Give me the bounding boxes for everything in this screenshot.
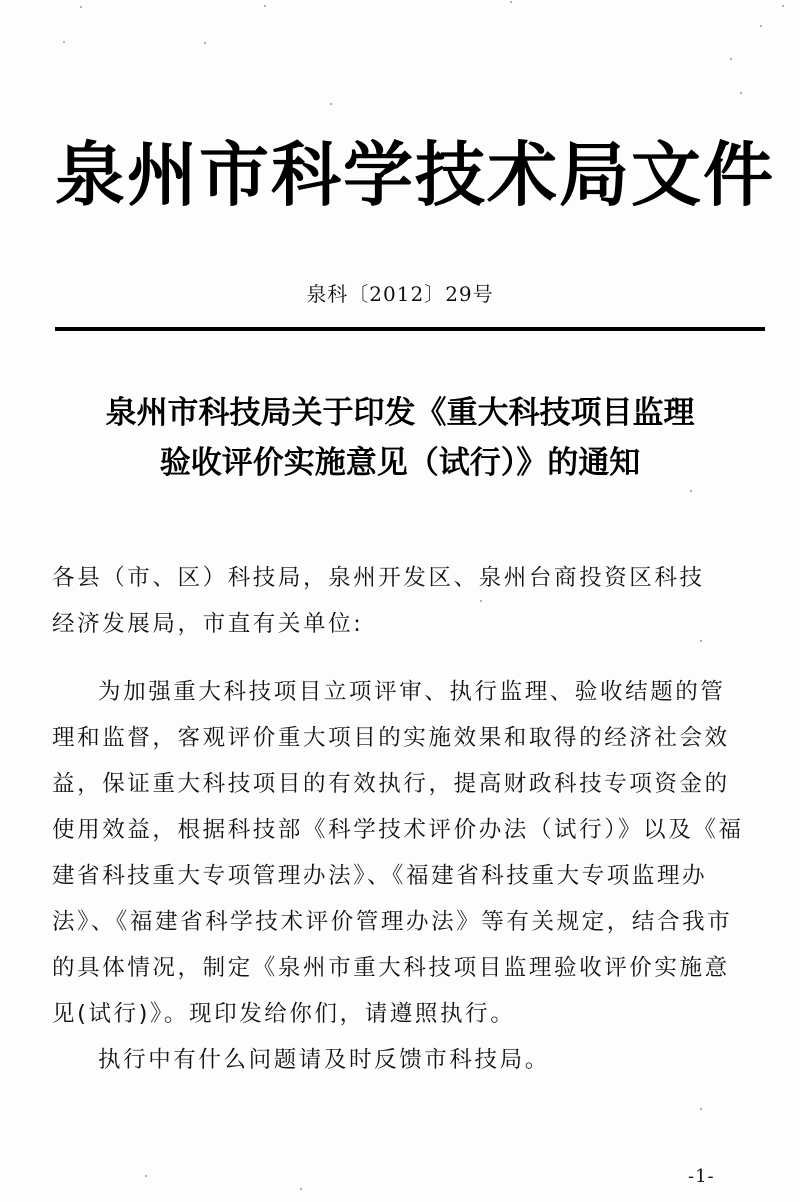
notice-title-line-2: 验收评价实施意见（试行）》的通知 bbox=[40, 438, 760, 488]
notice-body: 各县（市、区）科技局，泉州开发区、泉州台商投资区科技 经济发展局，市直有关单位:… bbox=[52, 555, 742, 1083]
header-divider-rule bbox=[55, 327, 765, 331]
notice-title: 泉州市科技局关于印发《重大科技项目监理 验收评价实施意见（试行）》的通知 bbox=[40, 388, 760, 488]
paragraph-1-line-8: 见(试行)》。现印发给你们，请遵照执行。 bbox=[52, 991, 742, 1037]
scan-speck bbox=[730, 58, 732, 60]
issuing-authority-header: 泉州市科学技术局文件 bbox=[55, 130, 765, 220]
scan-speck bbox=[80, 6, 82, 8]
scan-speck bbox=[690, 490, 692, 492]
paragraph-2: 执行中有什么问题请及时反馈市科技局。 bbox=[52, 1037, 742, 1083]
paragraph-1-line-7: 的具体情况，制定《泉州市重大科技项目监理验收评价实施意 bbox=[52, 945, 742, 991]
scan-speck bbox=[740, 92, 742, 94]
scan-speck bbox=[63, 41, 65, 43]
scan-speck bbox=[330, 103, 332, 105]
page-number: -1- bbox=[688, 1165, 715, 1189]
scan-speck bbox=[700, 1108, 702, 1110]
scan-speck bbox=[145, 1175, 147, 1177]
paragraph-gap bbox=[52, 647, 742, 669]
paragraph-1: 为加强重大科技项目立项评审、执行监理、验收结题的管 理和监督，客观评价重大项目的… bbox=[52, 669, 742, 1037]
scan-speck bbox=[300, 1188, 302, 1190]
scan-speck bbox=[760, 25, 762, 27]
scan-speck bbox=[264, 5, 266, 7]
scan-speck bbox=[510, 1, 512, 3]
paragraph-1-line-1: 为加强重大科技项目立项评审、执行监理、验收结题的管 bbox=[52, 669, 742, 715]
paragraph-1-line-4: 使用效益，根据科技部《科学技术评价办法（试行）》以及《福 bbox=[52, 807, 742, 853]
scan-speck bbox=[204, 42, 206, 44]
document-number: 泉科〔2012〕29号 bbox=[0, 280, 800, 308]
paragraph-1-line-5: 建省科技重大专项管理办法》、《福建省科技重大专项监理办 bbox=[52, 853, 742, 899]
paragraph-1-line-3: 益，保证重大科技项目的有效执行，提高财政科技专项资金的 bbox=[52, 761, 742, 807]
notice-title-line-1: 泉州市科技局关于印发《重大科技项目监理 bbox=[40, 388, 760, 438]
addressee-line-2: 经济发展局，市直有关单位: bbox=[52, 601, 742, 647]
paragraph-1-line-2: 理和监督，客观评价重大项目的实施效果和取得的经济社会效 bbox=[52, 715, 742, 761]
document-page: 泉州市科学技术局文件 泉科〔2012〕29号 泉州市科技局关于印发《重大科技项目… bbox=[0, 0, 800, 1202]
paragraph-2-line-1: 执行中有什么问题请及时反馈市科技局。 bbox=[52, 1037, 742, 1083]
addressee-line-1: 各县（市、区）科技局，泉州开发区、泉州台商投资区科技 bbox=[52, 555, 742, 601]
scan-speck bbox=[782, 5, 784, 7]
addressee-block: 各县（市、区）科技局，泉州开发区、泉州台商投资区科技 经济发展局，市直有关单位: bbox=[52, 555, 742, 647]
paragraph-1-line-6: 法》、《福建省科学技术评价管理办法》等有关规定，结合我市 bbox=[52, 899, 742, 945]
